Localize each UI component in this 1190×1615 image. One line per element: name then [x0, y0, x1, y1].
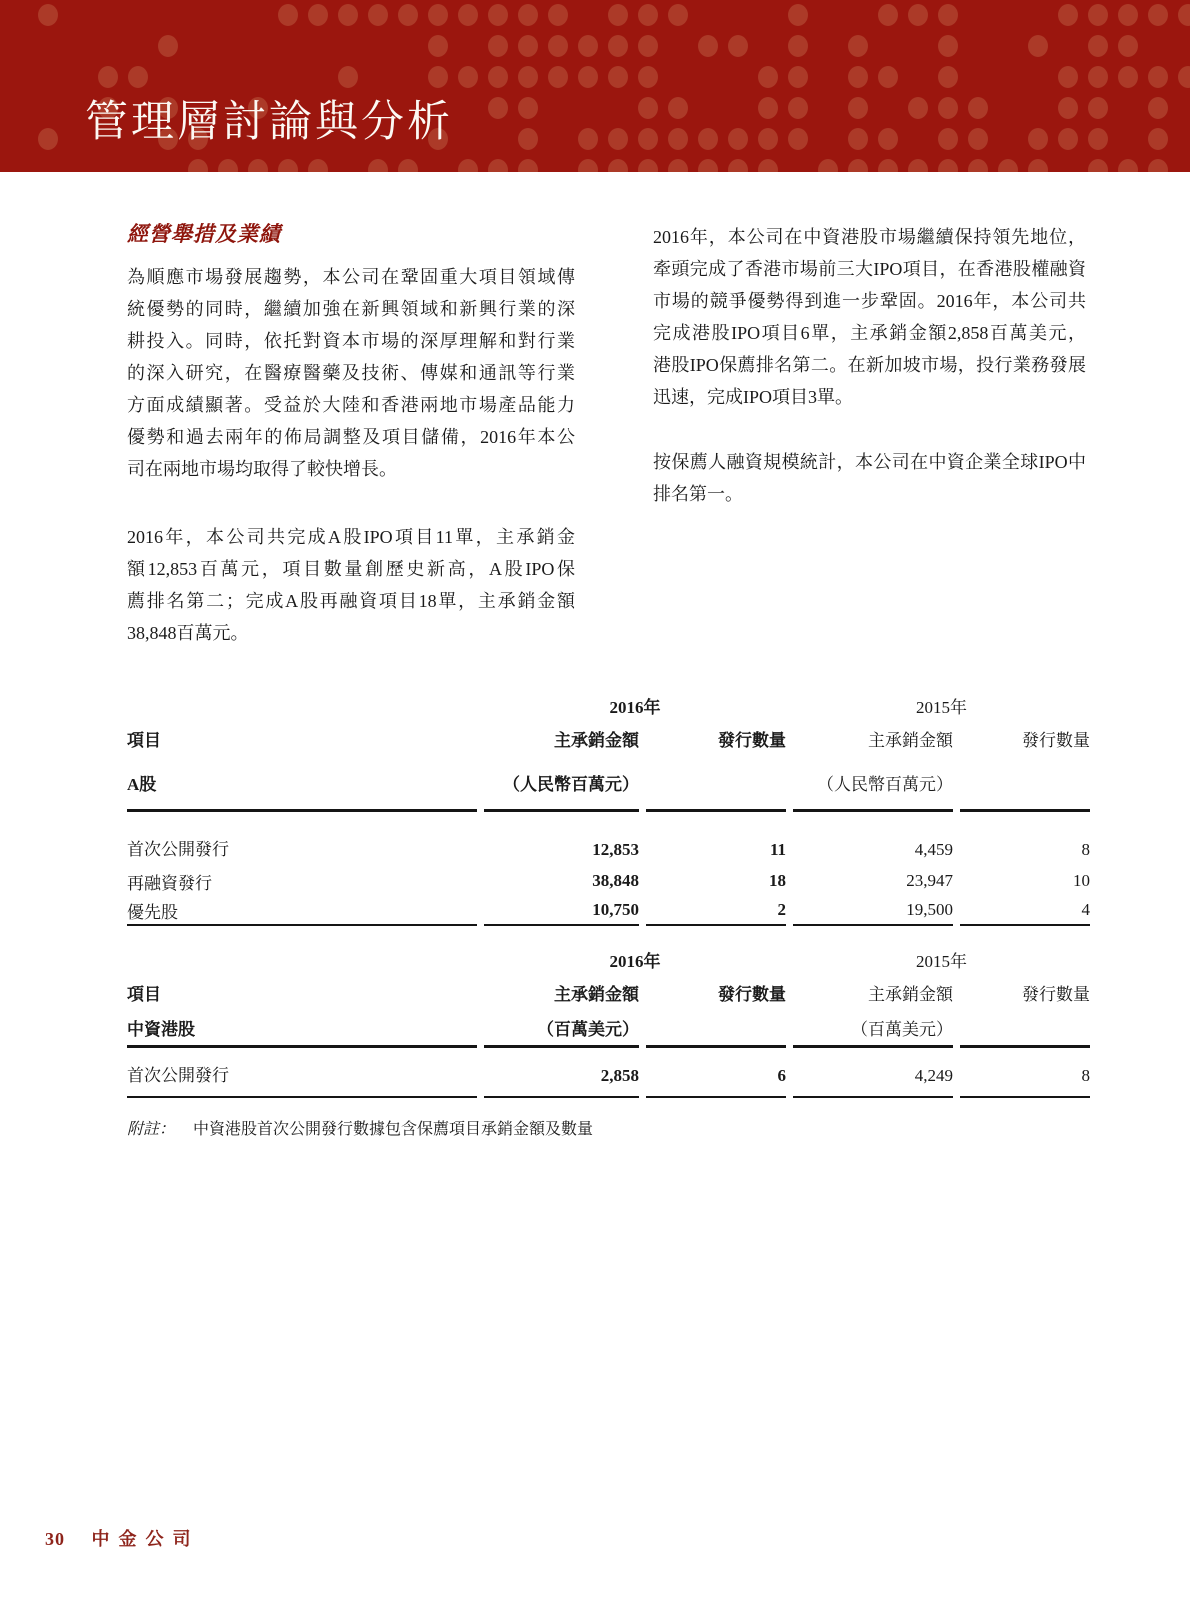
- text-line: 按保薦人融資規模統計，本公司在中資企業全球IPO中: [653, 446, 1086, 478]
- count-2015-value: 8: [960, 1048, 1090, 1098]
- text-line: 迅速，完成IPO項目3單。: [653, 381, 1086, 413]
- amount-2015-value: 19,500: [793, 896, 953, 926]
- row-label: 首次公開發行: [127, 1048, 477, 1098]
- year-2016-header: 2016年: [484, 690, 786, 720]
- left-column-paragraph-2: 2016年，本公司共完成A股IPO項目11單，主承銷金 額12,853百萬元，項…: [127, 521, 575, 649]
- text-line: 2016年，本公司共完成A股IPO項目11單，主承銷金: [127, 521, 575, 553]
- amount-2015-value: 4,459: [793, 812, 953, 866]
- hk-share-underwriting-table: 2016年 2015年 項目 主承銷金額 發行數量 主承銷金額 發行數量 中資港…: [120, 944, 1097, 1098]
- text-line: 2016年，本公司在中資港股市場繼續保持領先地位，: [653, 221, 1086, 253]
- page-title: 管理層討論與分析: [85, 98, 453, 148]
- table-row: 首次公開發行 2,858 6 4,249 8: [127, 1048, 1090, 1098]
- text-line: 的深入研究，在醫療醫藥及技術、傳媒和通訊等行業: [127, 357, 575, 389]
- count-2016-value: 6: [646, 1048, 786, 1098]
- column-header-count-2015: 發行數量: [960, 974, 1090, 1010]
- count-2015-value: 8: [960, 812, 1090, 866]
- text-line: 耕投入。同時，依托對資本市場的深厚理解和對行業: [127, 325, 575, 357]
- unit-label-2015: （百萬美元）: [793, 1010, 953, 1048]
- column-header-item: 項目: [127, 720, 477, 756]
- table-year-header-row: 2016年 2015年: [127, 944, 1090, 974]
- unit-label-2016: （人民幣百萬元）: [484, 756, 639, 812]
- table-year-header-row: 2016年 2015年: [127, 690, 1090, 720]
- text-line: 方面成績顯著。受益於大陸和香港兩地市場產品能力: [127, 389, 575, 421]
- year-2015-header: 2015年: [793, 690, 1090, 720]
- text-line: 完成港股IPO項目6單，主承銷金額2,858百萬美元，: [653, 317, 1086, 349]
- table-column-header-row: 項目 主承銷金額 發行數量 主承銷金額 發行數量: [127, 974, 1090, 1010]
- left-column-paragraph-1: 為順應市場發展趨勢，本公司在鞏固重大項目領域傳 統優勢的同時，繼續加強在新興領域…: [127, 261, 575, 485]
- text-line: 38,848百萬元。: [127, 617, 575, 649]
- year-2016-header: 2016年: [484, 944, 786, 974]
- page-header-banner: 管理層討論與分析: [0, 0, 1190, 172]
- table-row: 再融資發行 38,848 18 23,947 10: [127, 866, 1090, 896]
- group-label-a-share: A股: [127, 756, 477, 812]
- section-heading: 經營舉措及業績: [127, 221, 281, 247]
- empty-cell: [960, 756, 1090, 812]
- text-line: 薦排名第二；完成A股再融資項目18單，主承銷金額: [127, 585, 575, 617]
- empty-cell: [127, 690, 477, 720]
- empty-cell: [646, 756, 786, 812]
- table-footnote: 附註：中資港股首次公開發行數據包含保薦項目承銷金額及數量: [127, 1120, 593, 1140]
- text-line: 司在兩地市場均取得了較快增長。: [127, 453, 575, 485]
- amount-2015-value: 23,947: [793, 866, 953, 896]
- amount-2016-value: 38,848: [484, 866, 639, 896]
- text-line: 為順應市場發展趨勢，本公司在鞏固重大項目領域傳: [127, 261, 575, 293]
- group-label-hk-share: 中資港股: [127, 1010, 477, 1048]
- table-subheader-row: A股 （人民幣百萬元） （人民幣百萬元）: [127, 756, 1090, 812]
- company-name: 中金公司: [92, 1528, 200, 1550]
- column-header-amount-2016: 主承銷金額: [484, 974, 639, 1010]
- text-line: 港股IPO保薦排名第二。在新加坡市場，投行業務發展: [653, 349, 1086, 381]
- text-line: 排名第一。: [653, 478, 1086, 510]
- empty-cell: [646, 1010, 786, 1048]
- column-header-count-2015: 發行數量: [960, 720, 1090, 756]
- column-header-amount-2015: 主承銷金額: [793, 974, 953, 1010]
- table-subheader-row: 中資港股 （百萬美元） （百萬美元）: [127, 1010, 1090, 1048]
- column-header-amount-2015: 主承銷金額: [793, 720, 953, 756]
- count-2016-value: 11: [646, 812, 786, 866]
- year-2015-header: 2015年: [793, 944, 1090, 974]
- text-line: 市場的競爭優勢得到進一步鞏固。2016年，本公司共: [653, 285, 1086, 317]
- a-share-underwriting-table: 2016年 2015年 項目 主承銷金額 發行數量 主承銷金額 發行數量 A股 …: [120, 690, 1097, 926]
- right-column-paragraph-2: 按保薦人融資規模統計，本公司在中資企業全球IPO中 排名第一。: [653, 446, 1086, 510]
- count-2016-value: 2: [646, 896, 786, 926]
- amount-2015-value: 4,249: [793, 1048, 953, 1098]
- unit-label-2016: （百萬美元）: [484, 1010, 639, 1048]
- column-header-amount-2016: 主承銷金額: [484, 720, 639, 756]
- row-label: 首次公開發行: [127, 812, 477, 866]
- footnote-label: 附註：: [127, 1120, 193, 1140]
- column-header-item: 項目: [127, 974, 477, 1010]
- count-2016-value: 18: [646, 866, 786, 896]
- amount-2016-value: 12,853: [484, 812, 639, 866]
- empty-cell: [960, 1010, 1090, 1048]
- text-line: 優勢和過去兩年的佈局調整及項目儲備，2016年本公: [127, 421, 575, 453]
- column-header-count-2016: 發行數量: [646, 974, 786, 1010]
- table-row: 優先股 10,750 2 19,500 4: [127, 896, 1090, 926]
- page-footer: 30 中金公司: [45, 1528, 200, 1550]
- count-2015-value: 10: [960, 866, 1090, 896]
- row-label: 優先股: [127, 896, 477, 926]
- text-line: 統優勢的同時，繼續加強在新興領域和新興行業的深: [127, 293, 575, 325]
- column-header-count-2016: 發行數量: [646, 720, 786, 756]
- right-column-paragraph-1: 2016年，本公司在中資港股市場繼續保持領先地位， 牽頭完成了香港市場前三大IP…: [653, 221, 1086, 413]
- empty-cell: [127, 944, 477, 974]
- text-line: 牽頭完成了香港市場前三大IPO項目，在香港股權融資: [653, 253, 1086, 285]
- unit-label-2015: （人民幣百萬元）: [793, 756, 953, 812]
- text-line: 額12,853百萬元，項目數量創歷史新高，A股IPO保: [127, 553, 575, 585]
- amount-2016-value: 10,750: [484, 896, 639, 926]
- count-2015-value: 4: [960, 896, 1090, 926]
- report-page: 管理層討論與分析 經營舉措及業績 為順應市場發展趨勢，本公司在鞏固重大項目領域傳…: [0, 0, 1190, 1615]
- table-row: 首次公開發行 12,853 11 4,459 8: [127, 812, 1090, 866]
- amount-2016-value: 2,858: [484, 1048, 639, 1098]
- footnote-text: 中資港股首次公開發行數據包含保薦項目承銷金額及數量: [193, 1121, 593, 1138]
- page-number: 30: [45, 1528, 65, 1550]
- table-column-header-row: 項目 主承銷金額 發行數量 主承銷金額 發行數量: [127, 720, 1090, 756]
- row-label: 再融資發行: [127, 866, 477, 896]
